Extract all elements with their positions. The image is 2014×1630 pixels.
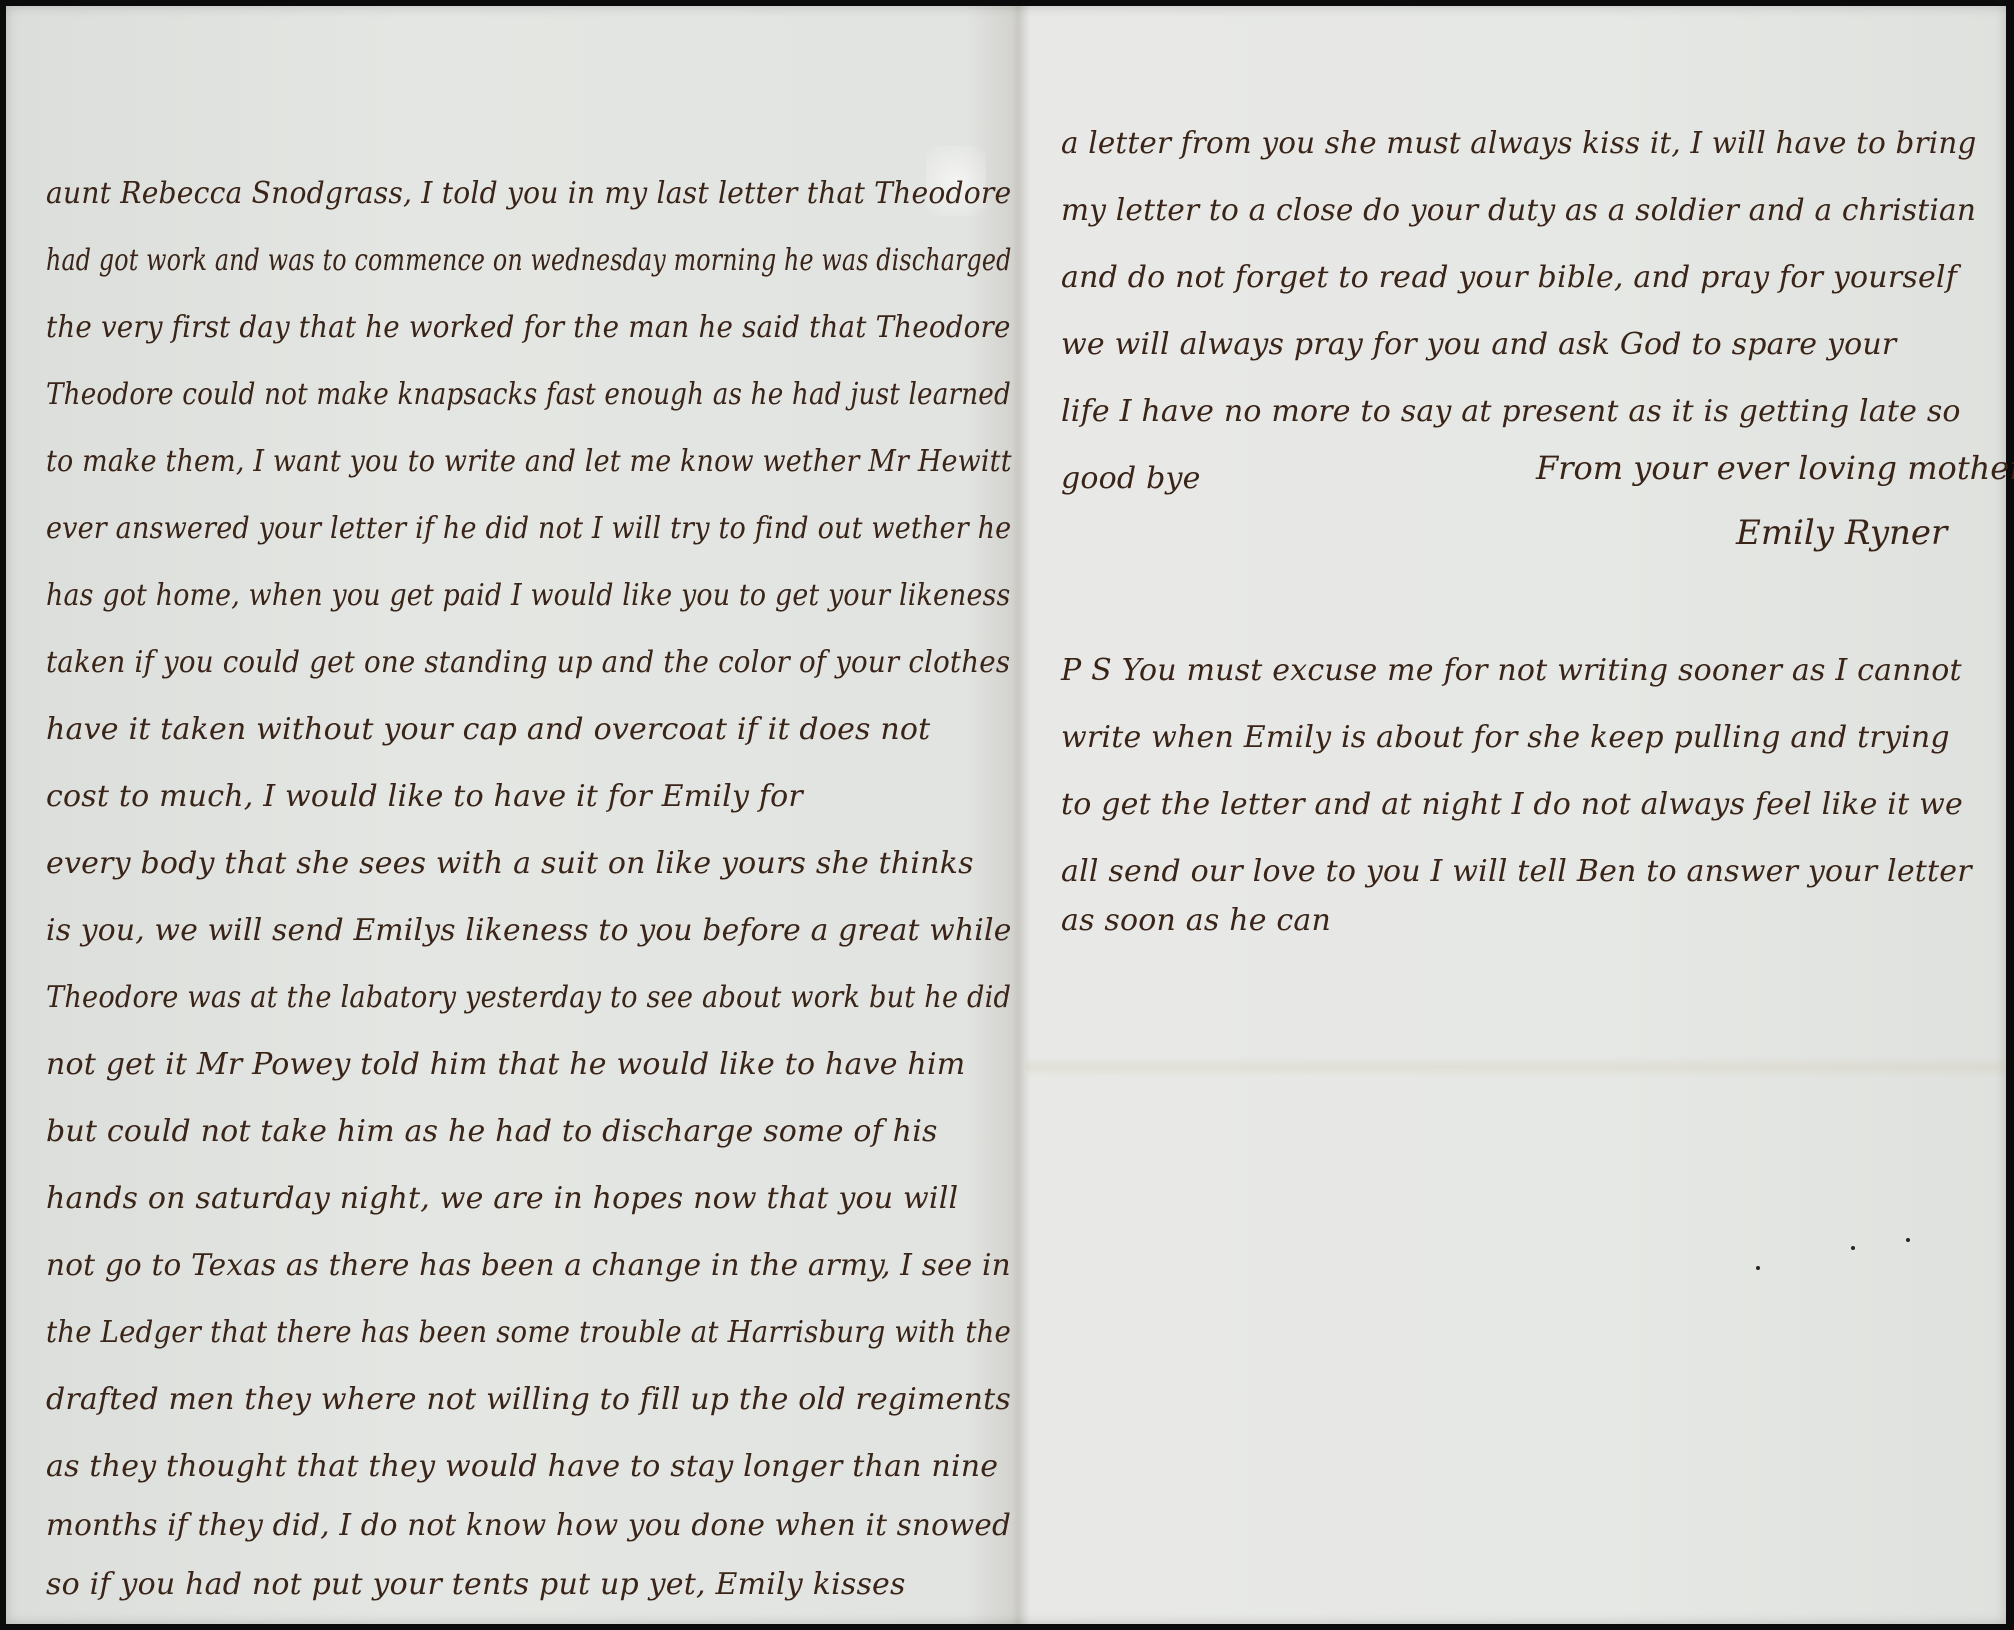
letter-line: a letter from you she must always kiss i…: [1061, 126, 1977, 161]
letter-line: every body that she sees with a suit on …: [46, 846, 974, 881]
letter-line: taken if you could get one standing up a…: [46, 645, 1010, 680]
ink-speck: [1906, 1238, 1910, 1242]
letter-line: aunt Rebecca Snodgrass, I told you in my…: [46, 176, 1011, 211]
ink-speck: [1756, 1266, 1760, 1270]
letter-line: to make them, I want you to write and le…: [46, 444, 1012, 479]
letter-line: is you, we will send Emilys likeness to …: [46, 913, 1011, 948]
postscript-line: as soon as he can: [1061, 903, 1331, 938]
letter-line: have it taken without your cap and overc…: [46, 712, 930, 747]
letter-line: but could not take him as he had to disc…: [46, 1114, 938, 1149]
letter-line: as they thought that they would have to …: [46, 1449, 998, 1484]
letter-line: Theodore was at the labatory yesterday t…: [46, 980, 1011, 1015]
letter-line: drafted men they where not willing to fi…: [46, 1382, 1011, 1417]
letter-line: we will always pray for you and ask God …: [1061, 327, 1896, 362]
postscript-line: to get the letter and at night I do not …: [1061, 787, 1963, 822]
letter-line: good bye: [1061, 461, 1201, 496]
horizontal-fold: [1026, 1056, 2006, 1078]
letter-line: has got home, when you get paid I would …: [46, 578, 1010, 613]
postscript-line: all send our love to you I will tell Ben…: [1061, 854, 1972, 889]
postscript-line: write when Emily is about for she keep p…: [1061, 720, 1950, 755]
letter-line: months if they did, I do not know how yo…: [46, 1508, 1011, 1543]
letter-line: hands on saturday night, we are in hopes…: [46, 1181, 958, 1216]
letter-closing: From your ever loving mother: [1536, 449, 2014, 487]
letter-line: Theodore could not make knapsacks fast e…: [46, 377, 1011, 412]
letter-line: not get it Mr Powey told him that he wou…: [46, 1047, 965, 1082]
letter-line: my letter to a close do your duty as a s…: [1061, 193, 1976, 228]
letter-line: life I have no more to say at present as…: [1061, 394, 1961, 429]
letter-signature: Emily Ryner: [1736, 513, 1947, 553]
letter-sheet: aunt Rebecca Snodgrass, I told you in my…: [6, 6, 2006, 1624]
letter-line: and do not forget to read your bible, an…: [1061, 260, 1957, 295]
postscript-line: P S You must excuse me for not writing s…: [1061, 653, 1962, 688]
letter-line: the very first day that he worked for th…: [46, 310, 1011, 345]
letter-line: the Ledger that there has been some trou…: [46, 1315, 1011, 1350]
letter-line: ever answered your letter if he did not …: [46, 511, 1011, 546]
letter-line: had got work and was to commence on wedn…: [46, 243, 1012, 278]
letter-line: cost to much, I would like to have it fo…: [46, 779, 803, 814]
letter-line: not go to Texas as there has been a chan…: [46, 1248, 1011, 1283]
letter-line: so if you had not put your tents put up …: [46, 1567, 906, 1602]
ink-speck: [1851, 1246, 1855, 1250]
